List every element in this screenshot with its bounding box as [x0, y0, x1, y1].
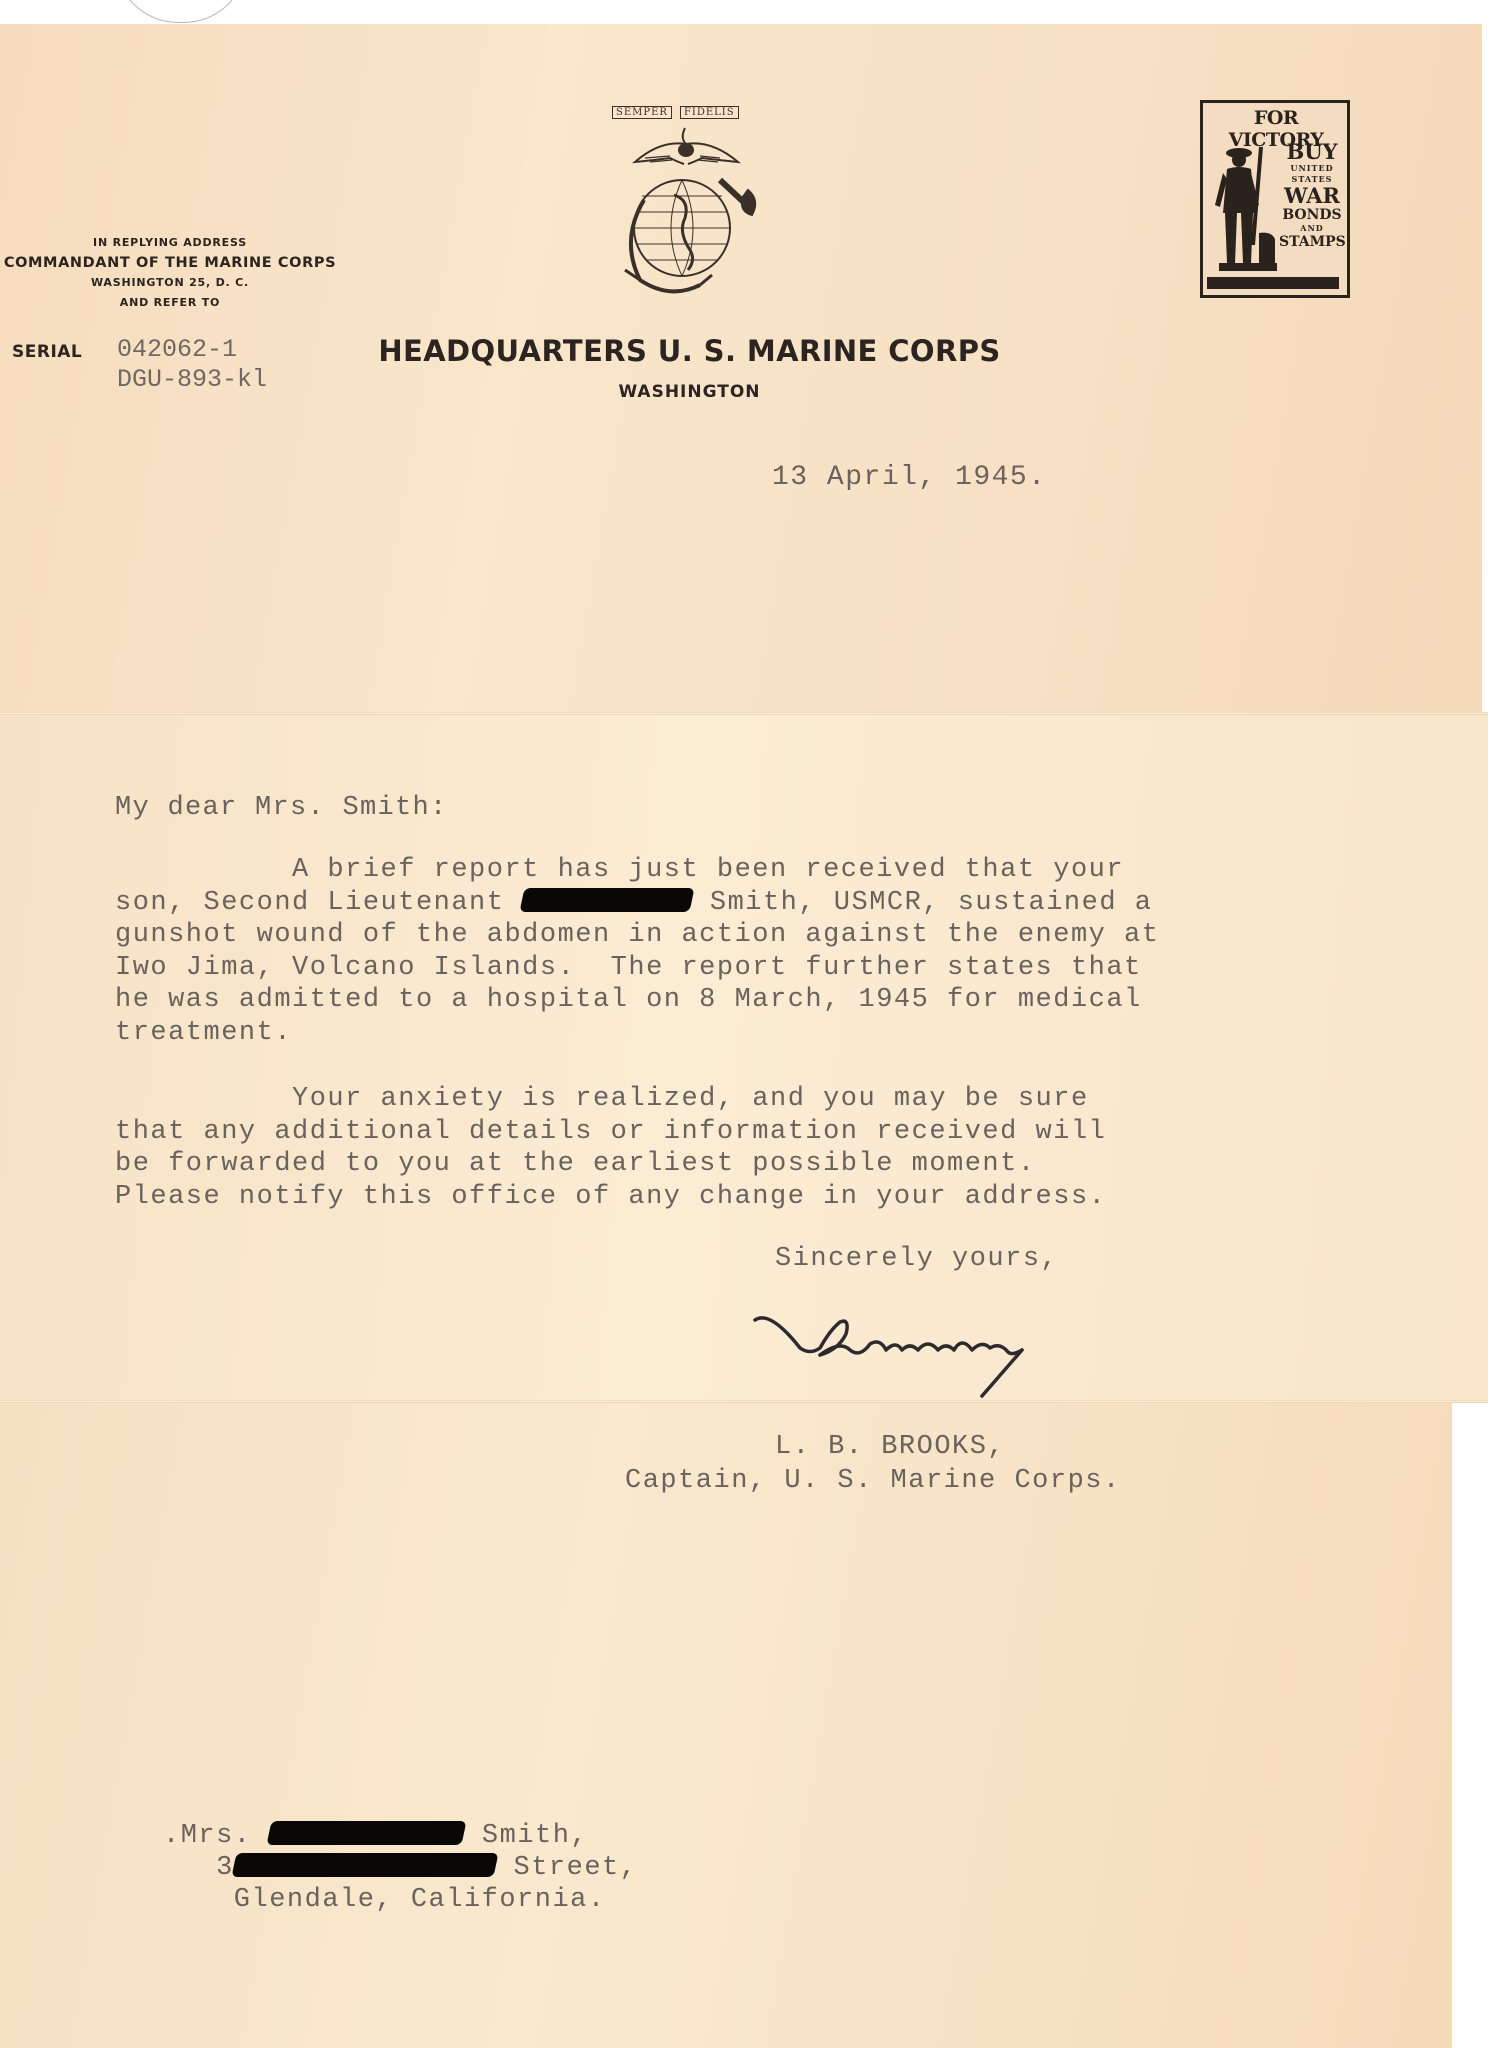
paragraph-followup: Your anxiety is realized, and you may be… [115, 1083, 1285, 1213]
paragraph-report: A brief report has just been received th… [115, 854, 1285, 1049]
letterhead-title: HEADQUARTERS U. S. MARINE CORPS [352, 334, 1027, 368]
salutation: My dear Mrs. Smith: [115, 793, 448, 823]
handwritten-signature [750, 1300, 1150, 1410]
paper-bottom-panel [0, 1402, 1452, 2048]
text-line: Please notify this office of any change … [115, 1181, 1285, 1214]
serial-number: 042062-1 [117, 335, 267, 365]
reply-line: COMMANDANT OF THE MARINE CORPS [0, 253, 340, 273]
stamp-and: AND [1279, 223, 1345, 234]
stamp-base-bar [1207, 277, 1339, 289]
reply-line: WASHINGTON 25, D. C. [0, 273, 340, 293]
emblem-graphic [600, 100, 770, 300]
eagle-globe-anchor-icon: SEMPERFIDELIS [600, 100, 770, 300]
punch-hole-mark [115, 0, 247, 23]
text-line: be forwarded to you at the earliest poss… [115, 1148, 1285, 1181]
address-line: .Mrs. Smith, [163, 1820, 637, 1852]
letter-page: IN REPLYING ADDRESS COMMANDANT OF THE MA… [0, 0, 1503, 2048]
fold-crease [0, 1400, 1488, 1403]
text-fragment: 3 [163, 1853, 234, 1883]
text-fragment: son, Second Lieutenant [115, 888, 522, 918]
war-bonds-stamp: FOR VICTORY BUY UNITED STATES WAR BONDS … [1200, 100, 1350, 298]
text-fragment: Street, [496, 1853, 638, 1883]
text-line: son, Second Lieutenant Smith, USMCR, sus… [115, 887, 1285, 920]
signer-name: L. B. BROOKS, [775, 1432, 1005, 1462]
redaction-mark [520, 888, 695, 912]
text-fragment: Smith, USMCR, sustained a [692, 888, 1152, 918]
stamp-war: WAR [1279, 185, 1345, 207]
serial-reference: DGU-893-kl [117, 365, 267, 395]
text-fragment: .Mrs. [163, 1821, 269, 1851]
redaction-mark [267, 1821, 467, 1845]
stamp-stamps: STAMPS [1279, 234, 1345, 250]
text-line: that any additional details or informati… [115, 1116, 1285, 1149]
text-line: treatment. [115, 1017, 1285, 1050]
letter-date: 13 April, 1945. [772, 462, 1047, 493]
recipient-address: .Mrs. Smith, 3 Street, Glendale, Califor… [163, 1820, 637, 1916]
reply-line: AND REFER TO [0, 293, 340, 313]
stamp-united: UNITED [1279, 163, 1345, 174]
address-line: 3 Street, [163, 1852, 637, 1884]
signer-title: Captain, U. S. Marine Corps. [625, 1466, 1121, 1496]
text-fragment: Smith, [464, 1821, 588, 1851]
reply-address-block: IN REPLYING ADDRESS COMMANDANT OF THE MA… [0, 233, 340, 313]
text-line: A brief report has just been received th… [115, 854, 1285, 887]
text-line: he was admitted to a hospital on 8 March… [115, 984, 1285, 1017]
text-line: Iwo Jima, Volcano Islands. The report fu… [115, 952, 1285, 985]
stamp-bonds: BONDS [1279, 207, 1345, 223]
fold-crease [0, 712, 1488, 715]
minuteman-statue-icon [1209, 133, 1281, 283]
reply-line: IN REPLYING ADDRESS [0, 233, 340, 253]
closing: Sincerely yours, [775, 1244, 1058, 1274]
letterhead-subtitle: WASHINGTON [352, 382, 1027, 402]
serial-label: SERIAL [12, 342, 82, 362]
stamp-words: BUY UNITED STATES WAR BONDS AND STAMPS [1279, 141, 1345, 250]
address-line: Glendale, California. [163, 1884, 637, 1916]
stamp-buy: BUY [1279, 141, 1345, 163]
text-line: Your anxiety is realized, and you may be… [115, 1083, 1285, 1116]
text-line: gunshot wound of the abdomen in action a… [115, 919, 1285, 952]
serial-values: 042062-1 DGU-893-kl [117, 335, 267, 395]
redaction-mark [231, 1853, 498, 1877]
